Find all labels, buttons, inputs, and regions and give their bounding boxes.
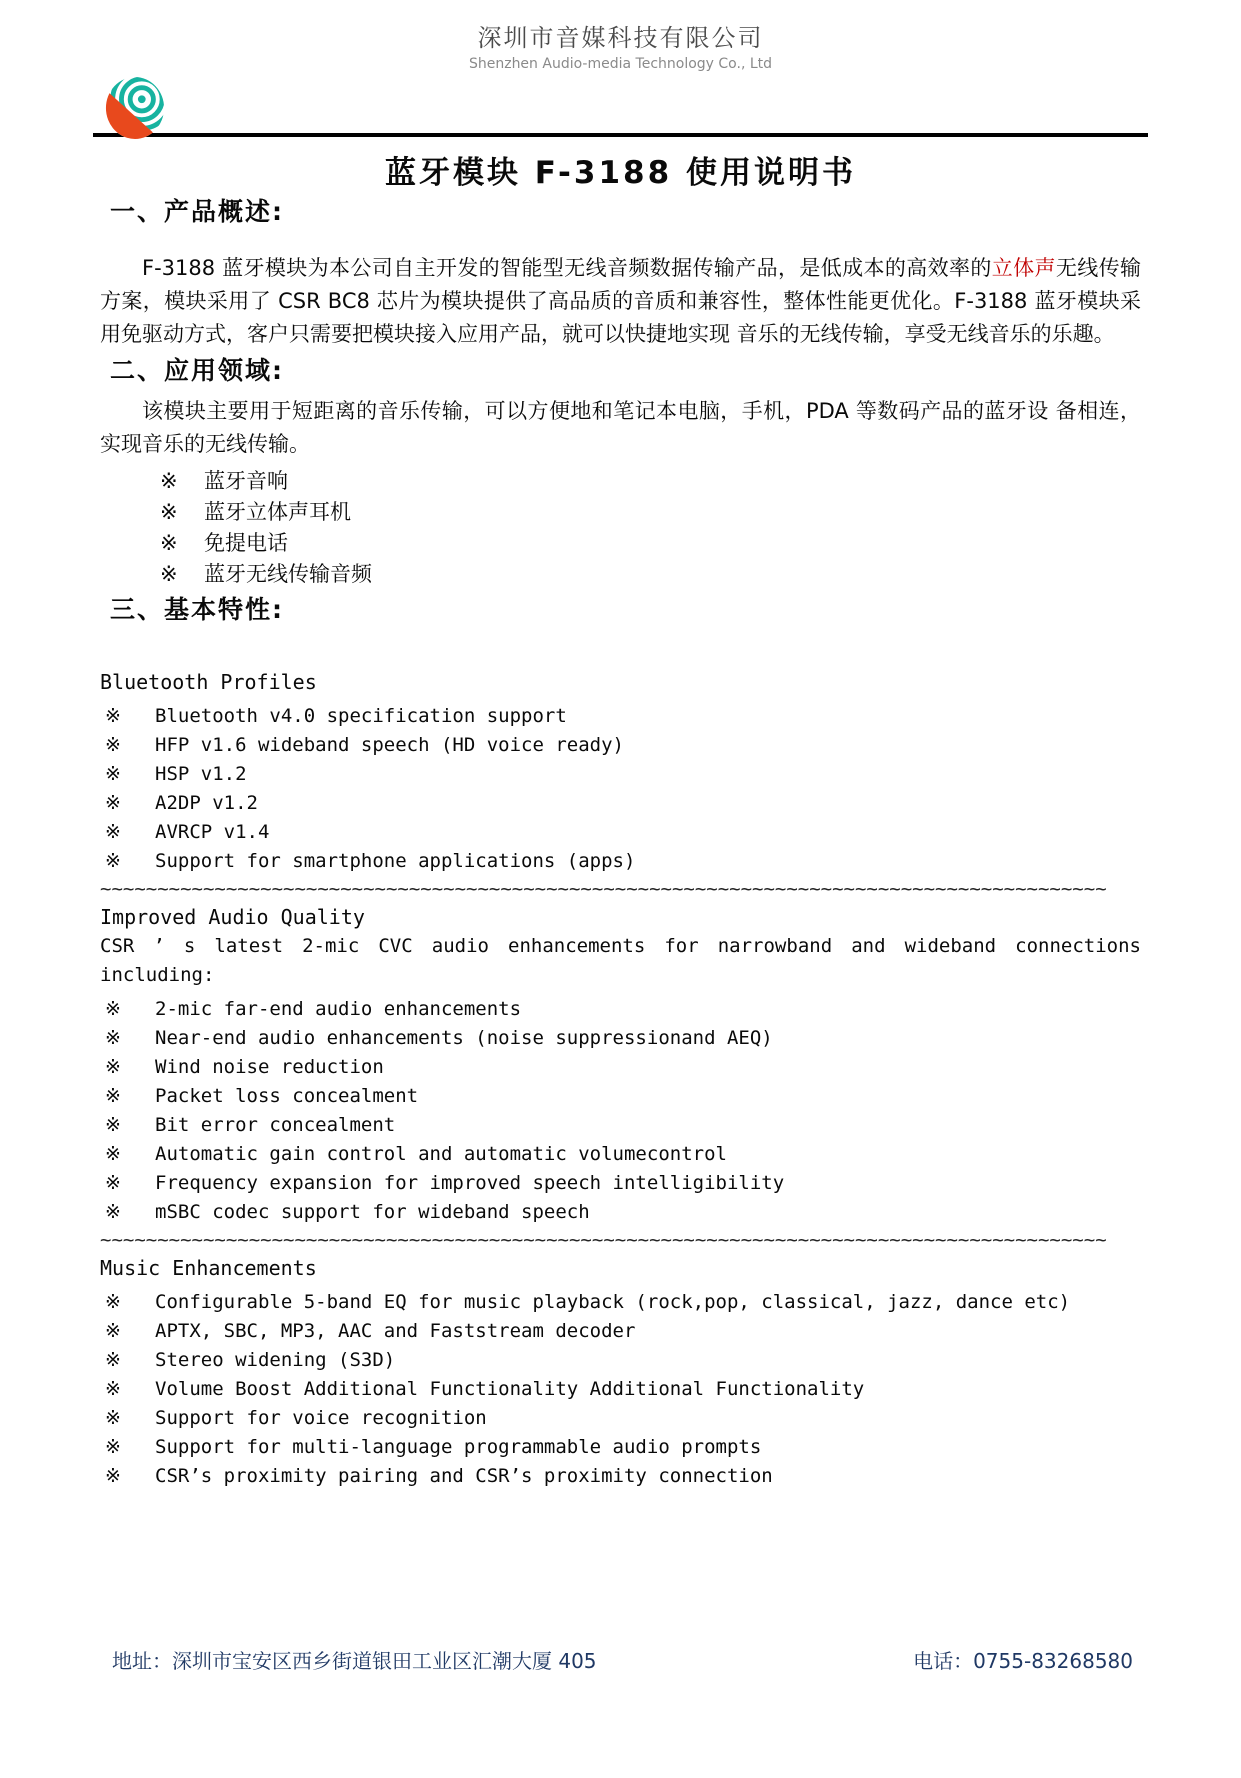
reference-mark-icon: ※ [105,1140,155,1169]
reference-mark-icon: ※ [105,1288,155,1317]
manual-page: 深圳市音媒科技有限公司 Shenzhen Audio-media Technol… [0,0,1241,1778]
list-item-label: 免提电话 [204,531,288,555]
audio-media-logo-icon [104,74,166,142]
list-item: ※mSBC codec support for wideband speech [105,1198,1141,1227]
reference-mark-icon: ※ [105,1053,155,1082]
reference-mark-icon: ※ [105,1346,155,1375]
features-group-improved-audio-quality: Improved Audio Quality CSR ’ s latest 2-… [100,903,1141,1254]
page-footer: 地址：深圳市宝安区西乡街道银田工业区汇潮大厦 405 电话：0755-83268… [0,1645,1241,1674]
list-item-label: Volume Boost Additional Functionality Ad… [155,1378,864,1400]
group-title: Bluetooth Profiles [100,668,1141,697]
list-item-label: Automatic gain control and automatic vol… [155,1143,727,1165]
music-enhancements-list: ※Configurable 5-band EQ for music playba… [105,1288,1141,1491]
page-header: 深圳市音媒科技有限公司 Shenzhen Audio-media Technol… [0,0,1241,133]
reference-mark-icon: ※ [160,528,204,559]
reference-mark-icon: ※ [105,1317,155,1346]
company-block: 深圳市音媒科技有限公司 Shenzhen Audio-media Technol… [0,0,1241,72]
section-heading-overview: 一、产品概述: [110,192,1141,228]
reference-mark-icon: ※ [105,1404,155,1433]
list-item: ※Stereo widening (S3D) [105,1346,1141,1375]
group-title: Music Enhancements [100,1254,1141,1283]
section-heading-features: 三、基本特性: [110,590,1141,626]
footer-phone: 电话：0755-83268580 [913,1645,1133,1674]
list-item: ※Bit error concealment [105,1111,1141,1140]
applications-paragraph: 该模块主要用于短距离的音乐传输，可以方便地和笔记本电脑，手机，PDA 等数码产品… [100,395,1141,461]
company-name-en: Shenzhen Audio-media Technology Co., Ltd [0,56,1241,72]
document-body: 一、产品概述: F-3188 蓝牙模块为本公司自主开发的智能型无线音频数据传输产… [0,192,1241,1491]
list-item-label: Bit error concealment [155,1114,395,1136]
wave-separator: ~~~~~~~~~~~~~~~~~~~~~~~~~~~~~~~~~~~~~~~~… [100,1227,1141,1254]
list-item-label: HSP v1.2 [155,763,247,785]
list-item: ※A2DP v1.2 [105,789,1141,818]
list-item: ※Bluetooth v4.0 specification support [105,702,1141,731]
reference-mark-icon: ※ [105,818,155,847]
list-item-label: AVRCP v1.4 [155,821,269,843]
list-item-label: 蓝牙立体声耳机 [204,500,351,524]
reference-mark-icon: ※ [160,497,204,528]
list-item-label: CSR’s proximity pairing and CSR’s proxim… [155,1465,773,1487]
list-item-label: Configurable 5-band EQ for music playbac… [155,1291,1070,1313]
list-item-label: Bluetooth v4.0 specification support [155,705,567,727]
reference-mark-icon: ※ [105,1462,155,1491]
list-item: ※HSP v1.2 [105,760,1141,789]
overview-highlight-stereo: 立体声 [992,256,1056,280]
overview-text-before: F-3188 蓝牙模块为本公司自主开发的智能型无线音频数据传输产品，是低成本的高… [142,256,992,280]
reference-mark-icon: ※ [105,1082,155,1111]
list-item-label: APTX, SBC, MP3, AAC and Faststream decod… [155,1320,635,1342]
list-item-label: Stereo widening (S3D) [155,1349,395,1371]
list-item: ※Configurable 5-band EQ for music playba… [105,1288,1141,1317]
list-item: ※蓝牙无线传输音频 [160,559,1141,590]
document-title: 蓝牙模块 F-3188 使用说明书 [0,147,1241,192]
reference-mark-icon: ※ [160,559,204,590]
list-item-label: HFP v1.6 wideband speech (HD voice ready… [155,734,624,756]
list-item: ※Frequency expansion for improved speech… [105,1169,1141,1198]
group-title: Improved Audio Quality [100,903,1141,932]
list-item-label: 蓝牙无线传输音频 [204,562,372,586]
reference-mark-icon: ※ [105,789,155,818]
list-item: ※Packet loss concealment [105,1082,1141,1111]
list-item-label: Packet loss concealment [155,1085,418,1107]
list-item-label: Support for smartphone applications (app… [155,850,635,872]
reference-mark-icon: ※ [105,1024,155,1053]
list-item: ※HFP v1.6 wideband speech (HD voice read… [105,731,1141,760]
reference-mark-icon: ※ [105,995,155,1024]
list-item-label: Support for multi-language programmable … [155,1436,761,1458]
list-item: ※Support for multi-language programmable… [105,1433,1141,1462]
section-heading-applications: 二、应用领域: [110,351,1141,387]
list-item: ※CSR’s proximity pairing and CSR’s proxi… [105,1462,1141,1491]
footer-address: 地址：深圳市宝安区西乡街道银田工业区汇潮大厦 405 [112,1645,597,1674]
reference-mark-icon: ※ [105,760,155,789]
list-item-label: Near-end audio enhancements (noise suppr… [155,1027,773,1049]
list-item: ※蓝牙音响 [160,466,1141,497]
reference-mark-icon: ※ [105,731,155,760]
list-item-label: mSBC codec support for wideband speech [155,1201,590,1223]
list-item: ※APTX, SBC, MP3, AAC and Faststream deco… [105,1317,1141,1346]
overview-paragraph: F-3188 蓝牙模块为本公司自主开发的智能型无线音频数据传输产品，是低成本的高… [100,252,1141,351]
header-divider [93,133,1148,137]
list-item: ※Automatic gain control and automatic vo… [105,1140,1141,1169]
reference-mark-icon: ※ [105,702,155,731]
list-item-label: Support for voice recognition [155,1407,487,1429]
reference-mark-icon: ※ [105,847,155,876]
improved-audio-quality-list: ※2-mic far-end audio enhancements ※Near-… [105,995,1141,1227]
list-item: ※Volume Boost Additional Functionality A… [105,1375,1141,1404]
list-item: ※免提电话 [160,528,1141,559]
features-group-bluetooth-profiles: Bluetooth Profiles ※Bluetooth v4.0 speci… [100,668,1141,903]
list-item: ※Wind noise reduction [105,1053,1141,1082]
group-intro: CSR ’ s latest 2-mic CVC audio enhanceme… [100,932,1141,990]
list-item: ※Near-end audio enhancements (noise supp… [105,1024,1141,1053]
list-item-label: 2-mic far-end audio enhancements [155,998,521,1020]
list-item-label: A2DP v1.2 [155,792,258,814]
reference-mark-icon: ※ [105,1375,155,1404]
bluetooth-profiles-list: ※Bluetooth v4.0 specification support ※H… [105,702,1141,876]
applications-list: ※蓝牙音响 ※蓝牙立体声耳机 ※免提电话 ※蓝牙无线传输音频 [160,466,1141,590]
list-item: ※2-mic far-end audio enhancements [105,995,1141,1024]
list-item-label: Frequency expansion for improved speech … [155,1172,784,1194]
list-item: ※AVRCP v1.4 [105,818,1141,847]
list-item: ※蓝牙立体声耳机 [160,497,1141,528]
wave-separator: ~~~~~~~~~~~~~~~~~~~~~~~~~~~~~~~~~~~~~~~~… [100,876,1141,903]
reference-mark-icon: ※ [105,1111,155,1140]
list-item-label: 蓝牙音响 [204,469,288,493]
reference-mark-icon: ※ [105,1198,155,1227]
reference-mark-icon: ※ [105,1169,155,1198]
company-name-cn: 深圳市音媒科技有限公司 [0,18,1241,53]
list-item: ※Support for smartphone applications (ap… [105,847,1141,876]
reference-mark-icon: ※ [105,1433,155,1462]
features-group-music-enhancements: Music Enhancements ※Configurable 5-band … [100,1254,1141,1491]
list-item-label: Wind noise reduction [155,1056,384,1078]
reference-mark-icon: ※ [160,466,204,497]
list-item: ※Support for voice recognition [105,1404,1141,1433]
